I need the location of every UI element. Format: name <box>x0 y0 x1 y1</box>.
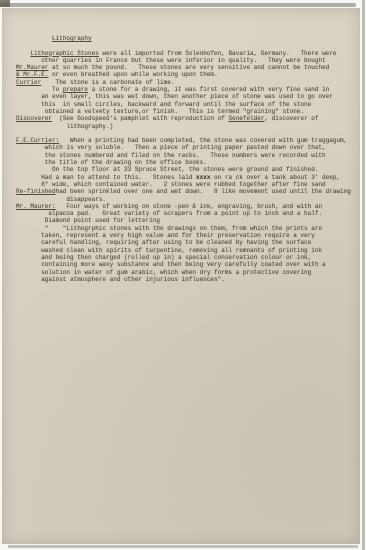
text-line: lithography.) <box>16 123 360 130</box>
text-segment: On the top floor at 33 Spruce Street, th… <box>16 166 318 173</box>
text-line: taken, represent a very high value and f… <box>16 232 360 239</box>
underlined-text: Mr.Maurer <box>16 64 48 71</box>
text-line <box>16 130 360 137</box>
text-segment: , discoverer of <box>264 115 318 122</box>
text-line: On the top floor at 33 Spruce Street, th… <box>16 166 360 173</box>
underlined-text: prepare <box>63 86 88 93</box>
text-line: " "Lithogrphic stones with the drawings … <box>16 225 360 232</box>
underlined-text: Mr. Maurer: <box>16 203 56 210</box>
scanned-paper: Lithography Lithographic Stones were all… <box>2 8 360 544</box>
text-line: Lithography <box>16 35 360 42</box>
text-segment: the title of the drawing on the office b… <box>16 159 207 166</box>
text-line: solution in water of gum arabic, which w… <box>16 269 360 276</box>
text-segment: had been sprinkled over one and wet down… <box>56 188 351 195</box>
text-segment: The stone is a carbonate of lime. <box>41 79 174 86</box>
text-segment: Had a man to attend to this. Stones laid <box>16 174 196 181</box>
text-line: Had a man to attend to this. Stones laid… <box>16 174 360 181</box>
text-line: against atmosphere and other injurious i… <box>16 276 360 283</box>
text-segment: this in small circles, backward and forw… <box>16 101 311 108</box>
text-segment: lithography.) <box>16 123 113 130</box>
text-line: Re-finishedhad been sprinkled over one a… <box>16 188 360 195</box>
text-line: Currier The stone is a carbonate of lime… <box>16 79 360 86</box>
text-line: alpacoa pad. Great variety of scrapers f… <box>16 210 360 217</box>
text-line: obtained a velvety texture,or finish. Th… <box>16 108 360 115</box>
text-segment: an even layer, this was wet down, then a… <box>16 93 333 100</box>
text-segment: on ra ck over a tank about 3' deep, <box>210 174 340 181</box>
text-line: To prepare a stone for a drawing, it was… <box>16 86 360 93</box>
text-segment: Four ways of working on stone -pen & ink… <box>56 203 322 210</box>
text-segment: 6" wide, which contained water. 2 stones… <box>16 181 326 188</box>
struck-over-text: xxxx <box>196 174 210 181</box>
text-line: Mr.Maurer at so much the pound. These st… <box>16 64 360 71</box>
scan-corner-mark <box>0 0 10 7</box>
text-line: disappears. <box>16 196 360 203</box>
text-segment: disappears. <box>16 196 106 203</box>
underlined-text: F.E.Currier: <box>16 137 59 144</box>
text-line: F.E.Currier: When a printing had been co… <box>16 137 360 144</box>
text-line: containing more waxy substance and then … <box>16 261 360 268</box>
text-segment: obtained a velvety texture,or finish. Th… <box>16 108 304 115</box>
typewritten-text: Lithography Lithographic Stones were all… <box>16 35 360 283</box>
underlined-text: Lithographic Stones <box>30 50 98 57</box>
text-segment: " "Lithogrphic stones with the drawings … <box>16 225 322 232</box>
text-line: an even layer, this was wet down, then a… <box>16 93 360 100</box>
text-segment: and being then charged (rolled up in) a … <box>16 254 311 261</box>
text-segment: which is very soluble. Then a piece of p… <box>16 144 326 151</box>
scan-edge-top <box>0 3 356 7</box>
underlined-text: Currier <box>16 79 41 86</box>
text-segment: or even breathed upon while working upon… <box>48 71 217 78</box>
text-segment: the stones numbered and filed on the rac… <box>16 152 326 159</box>
scan-edge-right <box>362 0 365 550</box>
text-segment: alpacoa pad. Great variety of scrapers f… <box>16 210 322 217</box>
text-segment: Diamond point used for lettering <box>16 217 160 224</box>
underlined-text: Re-finished <box>16 188 56 195</box>
text-line: 6" wide, which contained water. 2 stones… <box>16 181 360 188</box>
underlined-text: & Mr.F.E. <box>16 71 48 78</box>
text-line: Diamond point used for lettering <box>16 217 360 224</box>
text-line: Mr. Maurer: Four ways of working on ston… <box>16 203 360 210</box>
text-segment: at so much the pound. These stones are v… <box>48 64 329 71</box>
text-segment <box>16 50 30 57</box>
text-segment: a stone for a drawing, it was first cove… <box>88 86 329 93</box>
text-segment: taken, represent a very high value and f… <box>16 232 315 239</box>
text-line <box>16 42 360 49</box>
text-segment: When a printing had been completed, the … <box>59 137 347 144</box>
text-line: which is very soluble. Then a piece of p… <box>16 144 360 151</box>
text-line: careful handling, requiring after using … <box>16 239 360 246</box>
underlined-text: Lithography <box>52 35 92 42</box>
scan-edge-bottom <box>8 545 358 548</box>
text-line: the title of the drawing on the office b… <box>16 159 360 166</box>
text-segment: were all imported from Solenhofen, Bavar… <box>99 50 337 57</box>
text-line: other quarries in France but these were … <box>16 57 360 64</box>
text-line: and being then charged (rolled up in) a … <box>16 254 360 261</box>
underlined-text: Senefelder <box>228 115 264 122</box>
underlined-text: Discoverer <box>16 115 52 122</box>
text-line: Discoverer (See Goodspeed's pamphlet wit… <box>16 115 360 122</box>
text-segment: careful handling, requiring after using … <box>16 239 311 246</box>
text-segment: (See Goodspeed's pamphlet with reproduct… <box>52 115 228 122</box>
text-segment: against atmosphere and other injurious i… <box>16 276 225 283</box>
text-segment: other quarries in France but these were … <box>16 57 326 64</box>
text-segment <box>16 35 52 42</box>
text-line: the stones numbered and filed on the rac… <box>16 152 360 159</box>
text-line: & Mr.F.E. or even breathed upon while wo… <box>16 71 360 78</box>
text-segment: washed clean with spirits of turpentine,… <box>16 247 322 254</box>
text-segment: solution in water of gum arabic, which w… <box>16 269 311 276</box>
text-line: this in small circles, backward and forw… <box>16 101 360 108</box>
text-line: washed clean with spirits of turpentine,… <box>16 247 360 254</box>
text-segment: To <box>16 86 63 93</box>
text-segment: containing more waxy substance and then … <box>16 261 326 268</box>
text-line: Lithographic Stones were all imported fr… <box>16 50 360 57</box>
